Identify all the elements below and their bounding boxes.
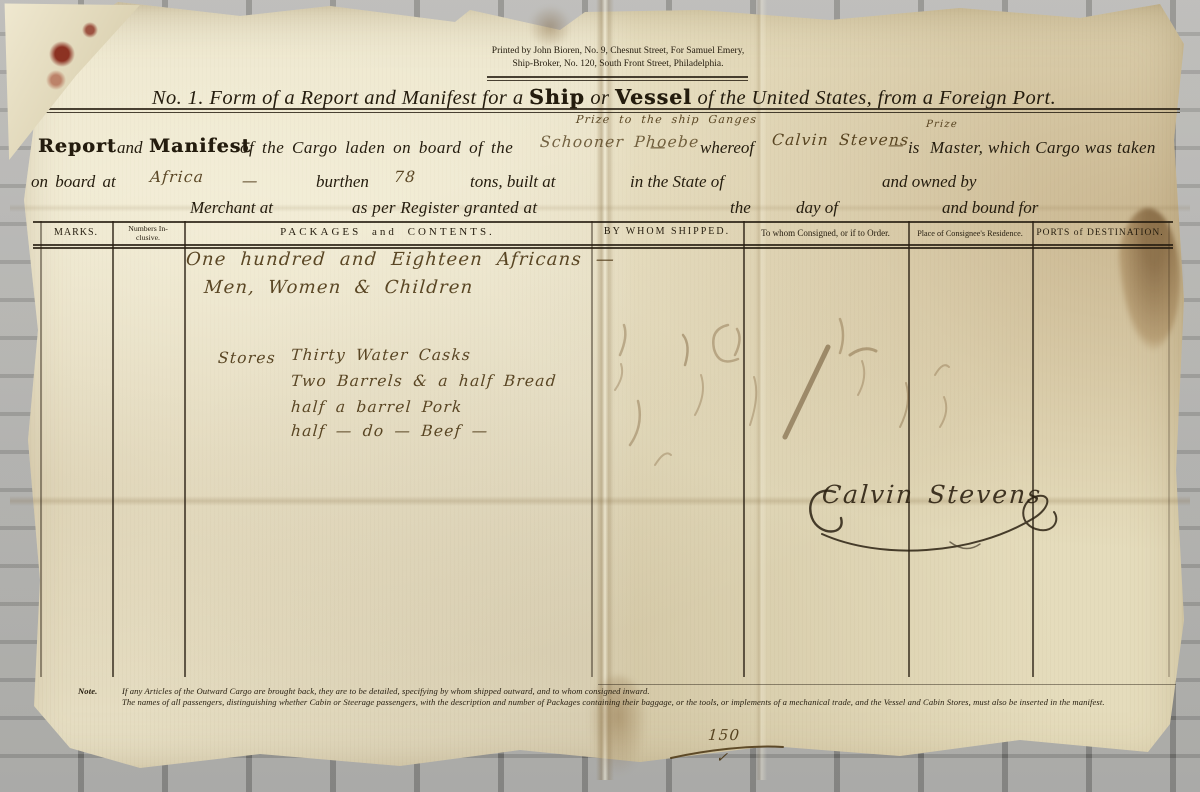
header-numbers-line2: clusive. xyxy=(112,233,184,242)
form-title-ship-blackletter: Ship xyxy=(529,85,585,109)
hand-dash-3: — xyxy=(241,172,259,190)
table-border-left xyxy=(40,221,42,677)
column-line-residence-ports xyxy=(1032,221,1034,677)
hand-dash-1: — xyxy=(649,138,667,156)
word-report-blackletter: Report xyxy=(38,135,117,157)
interline-prize-to-ship: Prize to the ship Ganges xyxy=(576,113,758,126)
stores-item-water-casks: Thirty Water Casks xyxy=(290,346,471,364)
printer-imprint-line2: Ship-Broker, No. 120, South Front Street… xyxy=(472,59,764,69)
imprint-rule-top xyxy=(487,76,748,78)
printed-and-bound-for: and bound for xyxy=(942,198,1038,218)
column-line-numbers-packages xyxy=(184,221,186,677)
printed-as-per-register: as per Register granted at xyxy=(352,198,537,218)
printed-in-the-state-of: in the State of xyxy=(630,172,724,192)
stores-item-beef: half — do — Beef — xyxy=(290,422,489,440)
hand-tons-value: 78 xyxy=(393,168,416,186)
hand-interline-prize-word: Prize xyxy=(926,119,959,130)
printed-whereof: whereof xyxy=(700,138,754,158)
hand-vessel-name: Schooner Phoebe xyxy=(539,133,700,151)
printed-merchant-at: Merchant at xyxy=(190,198,273,218)
printed-burthen: burthen xyxy=(316,172,369,192)
note-label: Note. xyxy=(78,686,97,696)
word-and: and xyxy=(117,138,143,158)
printed-day-of: day of xyxy=(796,198,838,218)
form-title-no: No. 1. xyxy=(152,87,204,109)
signature-flourish xyxy=(800,468,1090,573)
hand-dash-2: — xyxy=(887,136,905,154)
header-ports-destination: PORTS of DESTINATION. xyxy=(1032,228,1168,238)
word-manifest-blackletter: Manifest xyxy=(149,135,251,157)
check-mark: ✓ xyxy=(715,750,729,766)
header-consignee-residence: Place of Consignee's Residence. xyxy=(908,229,1032,238)
table-border-right xyxy=(1168,221,1170,677)
form-title-vessel-blackletter: Vessel xyxy=(615,85,692,109)
stores-item-pork: half a barrel Pork xyxy=(290,398,463,416)
column-line-packages-shipped xyxy=(591,221,593,677)
form-title-or: or xyxy=(590,87,609,109)
cargo-entry-africans: One hundred and Eighteen Africans — xyxy=(185,249,615,270)
form-title-pre: Form of a Report and Manifest for a xyxy=(209,87,523,109)
form-title-post: of the United States, from a Foreign Por… xyxy=(697,87,1056,109)
table-header-bottom-rule-1 xyxy=(33,244,1173,246)
document-photo: Printed by John Bioren, No. 9, Chesnut S… xyxy=(0,0,1200,792)
header-marks: MARKS. xyxy=(40,227,112,238)
imprint-rule-bottom xyxy=(487,80,748,82)
header-numbers-line1: Numbers In- xyxy=(112,224,184,233)
header-by-whom-shipped: BY WHOM SHIPPED. xyxy=(591,226,743,237)
hand-port-name: Africa xyxy=(149,168,204,186)
note-line1: If any Articles of the Outward Cargo are… xyxy=(122,686,650,696)
signature-block: Calvin Stevens xyxy=(800,468,1090,573)
table-bottom-rule-right xyxy=(598,684,1176,685)
stores-label: Stores xyxy=(217,349,276,367)
printed-tons-built-at: tons, built at xyxy=(470,172,555,192)
note-line2: The names of all passengers, distinguish… xyxy=(122,697,1105,707)
header-packages-contents: PACKAGES and CONTENTS. xyxy=(184,226,591,238)
table-header-top-rule xyxy=(33,221,1173,223)
printed-master-rest: Master, which Cargo was taken xyxy=(930,138,1156,158)
printed-of-the-cargo: of the Cargo laden on board of the xyxy=(240,138,513,158)
printed-is: is xyxy=(908,138,919,158)
stores-item-bread: Two Barrels & a half Bread xyxy=(290,372,557,390)
printed-on-board-at: on board at xyxy=(31,172,116,192)
cargo-entry-men-women-children: Men, Women & Children xyxy=(203,277,474,298)
column-line-marks-numbers xyxy=(112,221,114,677)
printed-and-owned-by: and owned by xyxy=(882,172,976,192)
form-title: No. 1. Form of a Report and Manifest for… xyxy=(26,85,1182,110)
printed-the: the xyxy=(730,198,751,218)
header-to-whom-consigned: To whom Consigned, or if to Order. xyxy=(743,228,908,238)
printer-imprint-line1: Printed by John Bioren, No. 9, Chesnut S… xyxy=(472,46,764,56)
